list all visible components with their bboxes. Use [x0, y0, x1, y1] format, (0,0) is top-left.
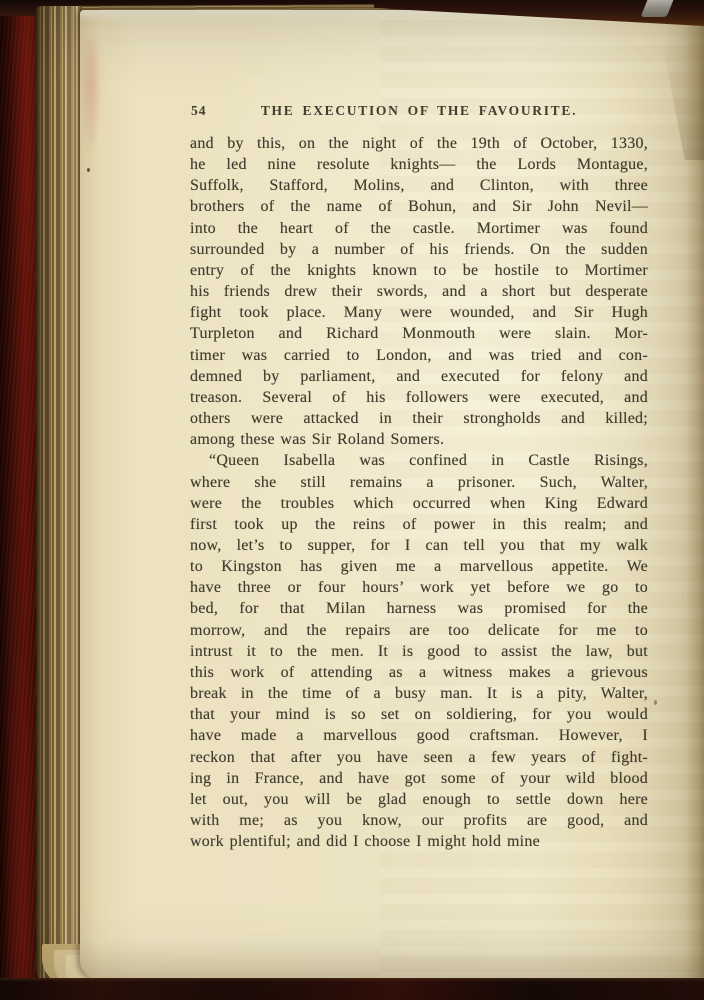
text-line: have made a marvellous good craftsman. H… — [190, 725, 648, 746]
text-line: now, let’s to supper, for I can tell you… — [190, 535, 648, 556]
text-line: into the heart of the castle. Mortimer w… — [190, 218, 648, 239]
text-line: this work of attending as a witness make… — [190, 662, 648, 683]
text-line: break in the time of a busy man. It is a… — [190, 683, 648, 704]
body-text: and by this, on the night of the 19th of… — [190, 133, 648, 852]
text-line: his friends drew their swords, and a sho… — [190, 281, 648, 302]
text-line: to Kingston has given me a marvellous ap… — [190, 556, 648, 577]
page-header: 54 THE EXECUTION OF THE FAVOURITE. — [190, 103, 648, 121]
text-line: fight took place. Many were wounded, and… — [190, 302, 648, 323]
text-line: bed, for that Milan harness was promised… — [190, 598, 648, 619]
text-line: Turpleton and Richard Monmouth were slai… — [190, 323, 648, 344]
text-line: first took up the reins of power in this… — [190, 514, 648, 535]
page-stain — [80, 40, 102, 160]
ink-speck — [87, 168, 90, 172]
text-line: and by this, on the night of the 19th of… — [190, 133, 648, 154]
book-bottom-shadow — [0, 978, 704, 1000]
text-line: morrow, and the repairs are too delicate… — [190, 620, 648, 641]
text-line: among these was Sir Roland Somers. — [190, 429, 648, 450]
text-line: he led nine resolute knights— the Lords … — [190, 154, 648, 175]
text-line: timer was carried to London, and was tri… — [190, 345, 648, 366]
page-number: 54 — [191, 103, 207, 119]
text-line: have three or four hours’ work yet befor… — [190, 577, 648, 598]
text-line: demned by parliament, and executed for f… — [190, 366, 648, 387]
text-line: with me; as you know, our profits are go… — [190, 810, 648, 831]
text-line: brothers of the name of Bohun, and Sir J… — [190, 196, 648, 217]
text-line: work plentiful; and did I choose I might… — [190, 831, 648, 852]
text-line: entry of the knights known to be hostile… — [190, 260, 648, 281]
running-header: THE EXECUTION OF THE FAVOURITE. — [190, 103, 648, 119]
text-line: that your mind is so set on soldiering, … — [190, 704, 648, 725]
text-line: others were attacked in their stronghold… — [190, 408, 648, 429]
book-page: 54 THE EXECUTION OF THE FAVOURITE. and b… — [80, 10, 704, 980]
text-line: treason. Several of his followers were e… — [190, 387, 648, 408]
text-line: Suffolk, Stafford, Molins, and Clinton, … — [190, 175, 648, 196]
text-line: ing in France, and have got some of your… — [190, 768, 648, 789]
text-line: surrounded by a number of his friends. O… — [190, 239, 648, 260]
text-line: intrust it to the men. It is good to ass… — [190, 641, 648, 662]
page-edges-stack — [36, 6, 82, 984]
book-photo: 54 THE EXECUTION OF THE FAVOURITE. and b… — [0, 0, 704, 1000]
text-line: “Queen Isabella was confined in Castle R… — [190, 450, 648, 471]
ink-speck — [654, 700, 657, 705]
text-line: let out, you will be glad enough to sett… — [190, 789, 648, 810]
text-line: reckon that after you have seen a few ye… — [190, 747, 648, 768]
text-line: where she still remains a prisoner. Such… — [190, 472, 648, 493]
text-line: were the troubles which occurred when Ki… — [190, 493, 648, 514]
